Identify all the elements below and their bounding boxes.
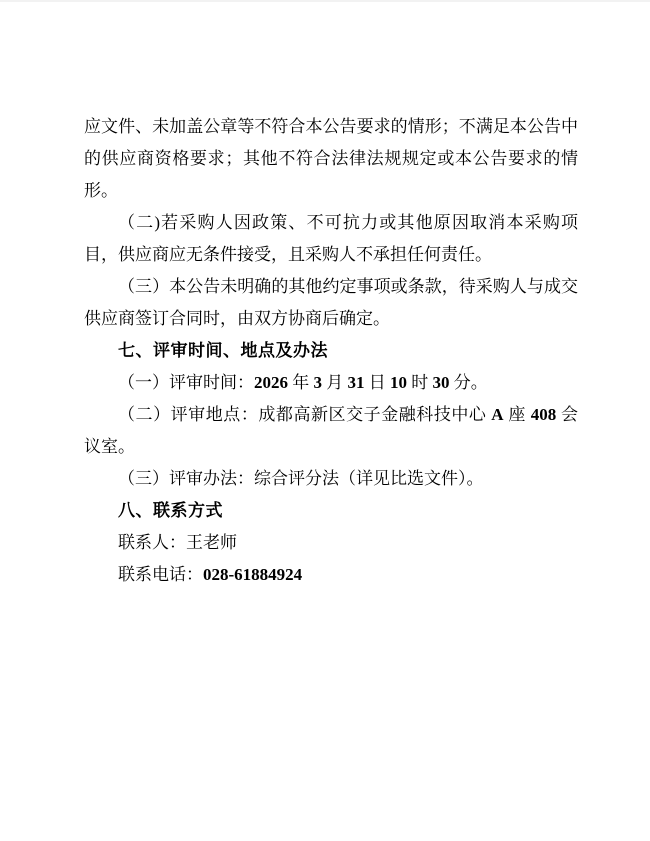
text-segment: 年 bbox=[288, 373, 314, 392]
text-segment: 31 bbox=[348, 373, 365, 392]
paragraph: 联系电话：028-61884924 bbox=[84, 559, 578, 591]
paragraph: （二)若采购人因政策、不可抗力或其他原因取消本采购项目，供应商应无条件接受，且采… bbox=[84, 207, 578, 271]
text-segment: 028-61884924 bbox=[203, 565, 302, 584]
text-segment: 应文件、未加盖公章等不符合本公告要求的情形；不满足本公告中的供应商资格要求；其他… bbox=[84, 117, 578, 200]
text-segment: 联系人：王老师 bbox=[118, 533, 237, 552]
text-segment: （一）评审时间： bbox=[118, 373, 254, 392]
text-segment: 八、联系方式 bbox=[118, 501, 223, 520]
text-segment: 3 bbox=[314, 373, 323, 392]
text-segment: 日 bbox=[365, 373, 391, 392]
section-heading: 七、评审时间、地点及办法 bbox=[84, 335, 578, 367]
paragraph: 联系人：王老师 bbox=[84, 527, 578, 559]
text-segment: A bbox=[491, 405, 503, 424]
text-segment: 月 bbox=[322, 373, 348, 392]
text-segment: 联系电话： bbox=[118, 565, 203, 584]
page-top-edge bbox=[0, 0, 650, 2]
text-segment: 408 bbox=[531, 405, 557, 424]
text-segment: 10 bbox=[390, 373, 407, 392]
text-segment: 分。 bbox=[450, 373, 488, 392]
text-segment: 时 bbox=[407, 373, 433, 392]
document-body: 应文件、未加盖公章等不符合本公告要求的情形；不满足本公告中的供应商资格要求；其他… bbox=[84, 111, 578, 591]
paragraph: （一）评审时间：2026 年 3 月 31 日 10 时 30 分。 bbox=[84, 367, 578, 399]
paragraph: （二）评审地点：成都高新区交子金融科技中心 A 座 408 会议室。 bbox=[84, 399, 578, 463]
text-segment: 30 bbox=[433, 373, 450, 392]
text-segment: （三）本公告未明确的其他约定事项或条款，待采购人与成交供应商签订合同时，由双方协… bbox=[84, 277, 578, 328]
paragraph: 应文件、未加盖公章等不符合本公告要求的情形；不满足本公告中的供应商资格要求；其他… bbox=[84, 111, 578, 207]
text-segment: （二）评审地点：成都高新区交子金融科技中心 bbox=[118, 405, 491, 424]
document-page: 应文件、未加盖公章等不符合本公告要求的情形；不满足本公告中的供应商资格要求；其他… bbox=[0, 0, 650, 841]
paragraph: （三）评审办法：综合评分法（详见比选文件）。 bbox=[84, 463, 578, 495]
text-segment: 2026 bbox=[254, 373, 288, 392]
text-segment: 七、评审时间、地点及办法 bbox=[118, 341, 328, 360]
text-segment: （二)若采购人因政策、不可抗力或其他原因取消本采购项目，供应商应无条件接受，且采… bbox=[84, 213, 578, 264]
text-segment: 座 bbox=[504, 405, 531, 424]
section-heading: 八、联系方式 bbox=[84, 495, 578, 527]
paragraph: （三）本公告未明确的其他约定事项或条款，待采购人与成交供应商签订合同时，由双方协… bbox=[84, 271, 578, 335]
text-segment: （三）评审办法：综合评分法（详见比选文件）。 bbox=[118, 469, 484, 488]
